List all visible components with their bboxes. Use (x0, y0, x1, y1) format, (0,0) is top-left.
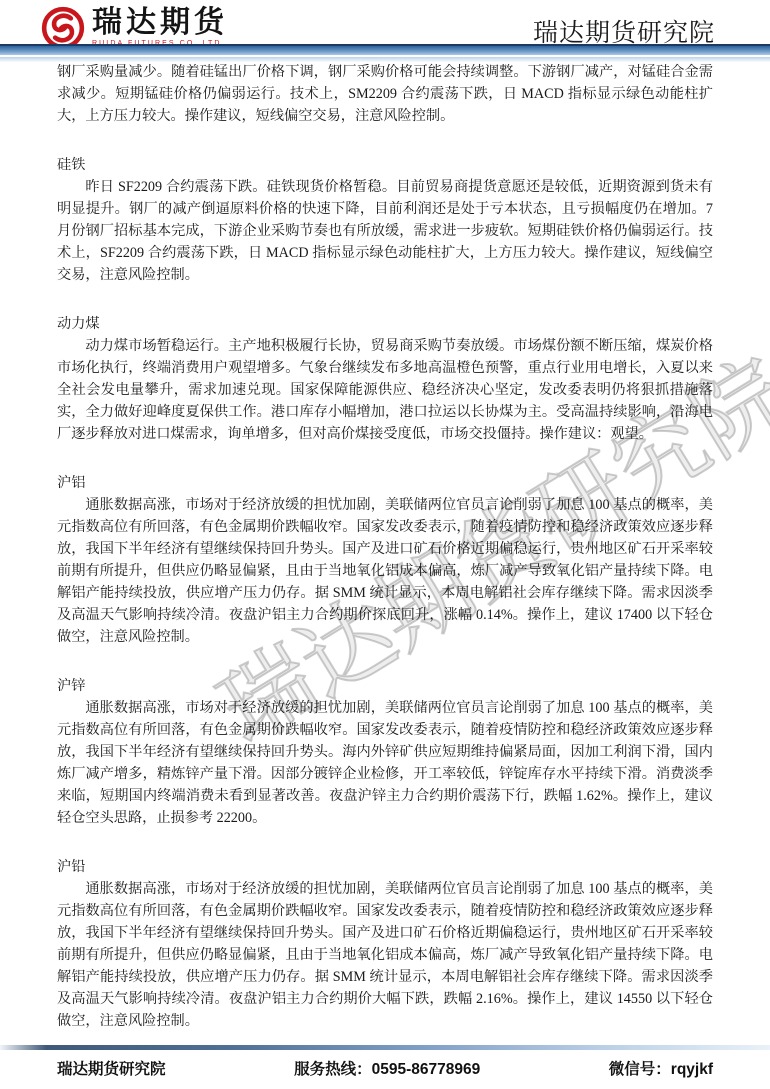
paragraph-ferrosilicon: 昨日 SF2209 合约震荡下跌。硅铁现货价格暂稳。目前贸易商提货意愿还是较低，… (57, 176, 713, 286)
footer-institute: 瑞达期货研究院 (57, 1057, 166, 1079)
footer-hotline-number: 0595-86778969 (372, 1061, 481, 1078)
header-divider-light-bar (0, 57, 770, 62)
document-body: 钢厂采购量减少。随着硅锰出厂价格下调，钢厂采购价格可能会持续调整。下游钢厂减产，… (57, 61, 713, 1032)
footer-wechat-id: rqyjkf (671, 1061, 713, 1078)
section-heading-shanghai-zinc: 沪锌 (57, 675, 713, 697)
section-heading-ferrosilicon: 硅铁 (57, 154, 713, 176)
page-footer: 瑞达期货研究院 服务热线：0595-86778969 微信号：rqyjkf (0, 1041, 770, 1089)
logo-title: 瑞达期货 (92, 5, 228, 41)
header-divider-blue-bar (0, 46, 770, 55)
header-divider (0, 44, 770, 62)
section-heading-shanghai-aluminum: 沪铝 (57, 472, 713, 494)
footer-row: 瑞达期货研究院 服务热线：0595-86778969 微信号：rqyjkf (57, 1057, 713, 1079)
paragraph-thermal-coal: 动力煤市场暂稳运行。主产地积极履行长协，贸易商采购节奏放缓。市场煤份额不断压缩，… (57, 335, 713, 445)
footer-hotline-label: 服务热线： (294, 1061, 372, 1078)
page-header: 瑞达期货 RUIDA FUTURES CO.,LTD. 瑞达期货研究院 (0, 0, 770, 62)
paragraph-manganese-silicon-continuation: 钢厂采购量减少。随着硅锰出厂价格下调，钢厂采购价格可能会持续调整。下游钢厂减产，… (57, 61, 713, 127)
document-page: 瑞达期货研究院 瑞达期货 RUIDA FUTURES CO.,LTD. 瑞达期货… (0, 0, 770, 1089)
section-heading-thermal-coal: 动力煤 (57, 313, 713, 335)
footer-wechat: 微信号：rqyjkf (609, 1057, 713, 1079)
footer-wechat-label: 微信号： (609, 1061, 671, 1078)
footer-divider (0, 1045, 770, 1050)
paragraph-shanghai-zinc: 通胀数据高涨，市场对于经济放缓的担忧加剧，美联储两位官员言论削弱了加息 100 … (57, 697, 713, 829)
paragraph-shanghai-aluminum: 通胀数据高涨，市场对于经济放缓的担忧加剧，美联储两位官员言论削弱了加息 100 … (57, 494, 713, 648)
footer-hotline: 服务热线：0595-86778969 (294, 1057, 480, 1079)
section-heading-shanghai-lead: 沪铅 (57, 856, 713, 878)
paragraph-shanghai-lead: 通胀数据高涨，市场对于经济放缓的担忧加剧，美联储两位官员言论削弱了加息 100 … (57, 878, 713, 1032)
logo-text-block: 瑞达期货 RUIDA FUTURES CO.,LTD. (92, 5, 228, 47)
